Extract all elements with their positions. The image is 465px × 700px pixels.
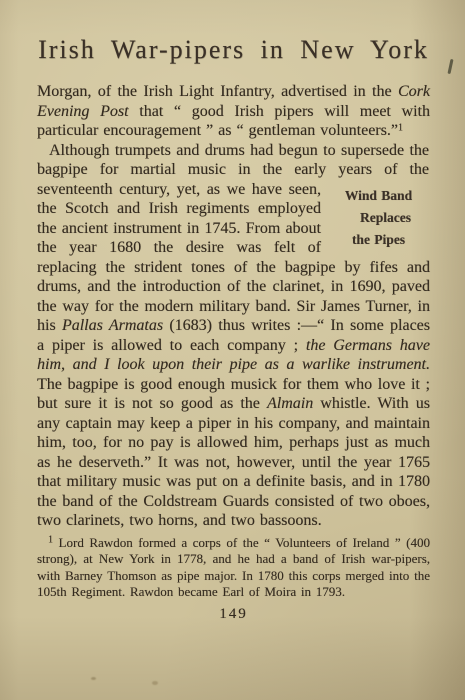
paper-speck (152, 681, 158, 685)
sidenote-wind-band: Wind BandReplacesthe Pipes (327, 180, 430, 256)
footnote-text: Lord Rawdon formed a corps of the “ Volu… (37, 535, 430, 600)
page-number: 149 (37, 606, 430, 623)
italic-text-run: Almain (267, 395, 313, 412)
sidenote-line: Wind Band (327, 185, 430, 207)
page-content: Irish War-pipers in New York Morgan, of … (0, 33, 465, 623)
sidenote-spacer (429, 141, 430, 180)
page-title: Irish War-pipers in New York (37, 33, 430, 67)
sidenote-line: the Pipes (327, 229, 430, 251)
paper-speck (91, 677, 96, 680)
footnote: 1 Lord Rawdon formed a corps of the “ Vo… (37, 535, 430, 601)
footnote-reference-1: 1 (398, 123, 403, 134)
text-run: whistle. With us any captain may keep a … (37, 395, 430, 529)
paragraph-morgan: Morgan, of the Irish Light Infantry, adv… (37, 82, 430, 141)
sidenote-line: Replaces (327, 207, 430, 229)
paragraph-military-music: Wind BandReplacesthe PipesAlthough trump… (37, 141, 430, 531)
italic-text-run: Pallas Armatas (62, 317, 163, 334)
text-run: Morgan, of the Irish Light Infantry, adv… (37, 83, 398, 100)
book-page: Irish War-pipers in New York Morgan, of … (0, 0, 465, 700)
